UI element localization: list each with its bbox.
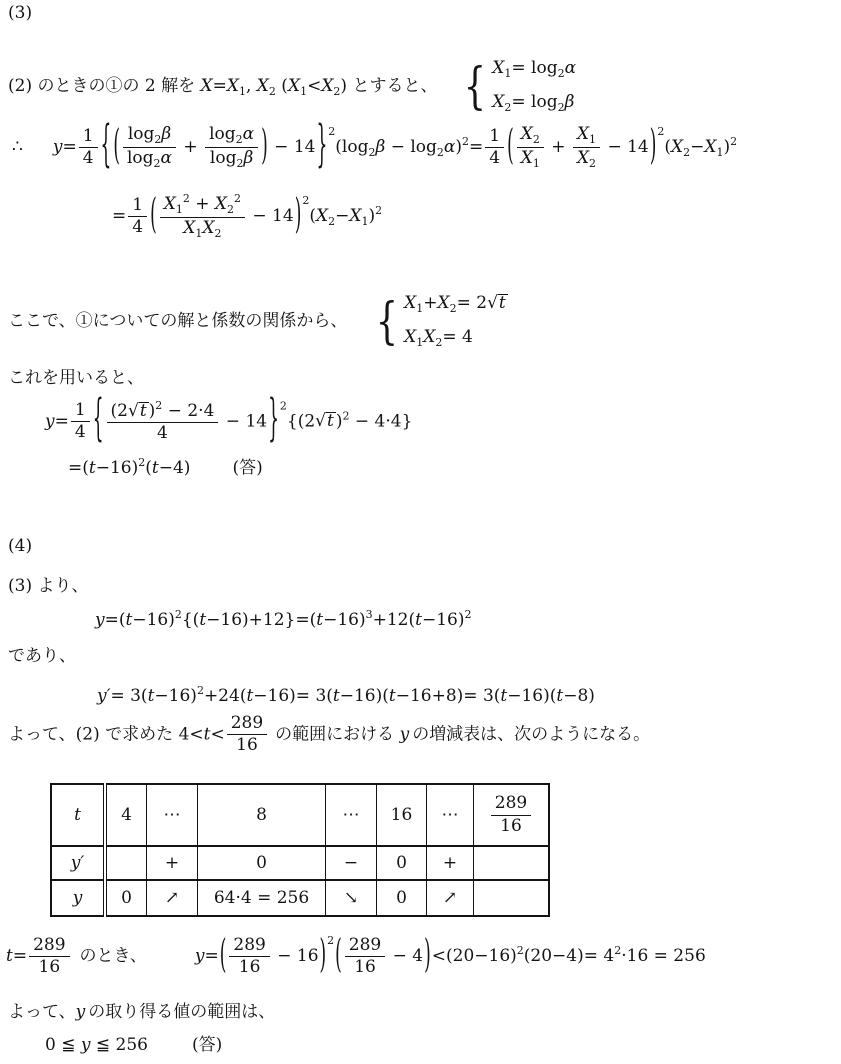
text-run: よって、 <box>8 724 76 744</box>
table-cell: 8 <box>198 784 326 846</box>
eq-y-result: =(t−16)2(t−4)(答) <box>68 456 263 480</box>
fraction: X2X1 <box>517 124 544 171</box>
fraction: 14 <box>128 195 147 239</box>
math-text: − 14 <box>220 411 267 431</box>
math-text: < <box>210 724 224 744</box>
table-cell: 4 <box>105 784 147 846</box>
fraction: X12 + X22X1X2 <box>160 192 245 241</box>
table-cell: 28916 <box>474 784 550 846</box>
big-delimiter: ( <box>506 127 515 168</box>
math-text: − 16 <box>272 946 319 966</box>
math-text: = 2 <box>457 293 487 313</box>
math-text: − 2·4 <box>162 401 214 421</box>
math-variable: X <box>492 92 504 112</box>
math-text: 1 <box>75 400 86 420</box>
subscript: 2 <box>558 101 565 114</box>
line-range-intro: よって、yの取り得る値の範囲は、 <box>8 1001 275 1024</box>
math-variable: X <box>404 327 416 347</box>
math-text: log <box>127 148 154 168</box>
math-text: = 3( <box>110 686 147 706</box>
fraction: 14 <box>485 126 504 170</box>
math-text: 1 <box>489 126 500 146</box>
table-header-cell: y′ <box>51 846 105 880</box>
superscript-high: 2 <box>302 194 309 207</box>
numerator: 1 <box>485 126 504 147</box>
line-setup-roots: (2) のときの①の 2 解を X=X1, X2 (X1<X2) とすると、{X… <box>8 57 576 116</box>
table-cell: 16 <box>377 784 427 846</box>
line-substitute: これを用いると、 <box>8 367 144 390</box>
math-text: − 4·4} <box>350 411 413 431</box>
math-variable: X <box>202 218 214 238</box>
radicand: t <box>326 412 336 431</box>
big-delimiter: { <box>100 123 113 172</box>
math-text: 4 <box>121 805 132 825</box>
denominator: 4 <box>107 422 219 444</box>
superscript: 2 <box>464 608 471 621</box>
math-variable: y <box>53 137 63 157</box>
table-cell: ↗ <box>427 880 474 916</box>
fraction: log2αlog2β <box>205 124 258 171</box>
math-text: − 4 <box>387 946 423 966</box>
math-variable: t <box>415 610 422 630</box>
text-run: の増減表は、次のようになる。 <box>412 724 650 744</box>
denominator: 4 <box>71 421 90 443</box>
math-text: (3) <box>8 576 37 596</box>
math-text: (log <box>335 137 368 157</box>
table-cell <box>105 846 147 880</box>
math-text: 0 <box>396 888 407 908</box>
math-text: − 14 <box>269 137 316 157</box>
math-variable: β <box>375 137 385 157</box>
superscript: 3 <box>366 608 373 621</box>
numerator: 1 <box>128 195 147 216</box>
label-part4: (4) <box>8 535 32 558</box>
math-text: ↗ <box>443 888 457 908</box>
math-variable: y <box>76 1002 86 1022</box>
math-variable: y <box>400 724 410 744</box>
curly-brace-icon: { <box>376 299 398 344</box>
math-text: + <box>443 853 457 873</box>
math-variable: X <box>423 327 435 347</box>
big-delimiter: ( <box>149 196 158 237</box>
text-run: のとき、 <box>80 946 147 966</box>
math-text: =( <box>105 610 126 630</box>
math-variable: β <box>243 148 253 168</box>
sqrt-radical: √t <box>128 401 149 421</box>
math-text: 289 <box>231 713 263 733</box>
big-delimiter: ( <box>219 937 228 976</box>
math-text: −16) <box>323 610 366 630</box>
numerator: 289 <box>491 793 531 814</box>
subscript: 2 <box>437 146 444 159</box>
math-text: 0 <box>396 853 407 873</box>
big-delimiter: ) <box>423 937 432 976</box>
numerator: X12 + X22 <box>160 192 245 217</box>
denominator: X1X2 <box>160 217 245 241</box>
math-text: = <box>55 411 69 431</box>
math-text: 16 <box>391 805 413 825</box>
math-variable: X <box>492 58 504 78</box>
math-variable: X <box>183 218 195 238</box>
math-variable: y <box>95 610 105 630</box>
radical-sign: √ <box>315 411 326 431</box>
table-row: t4⋯8⋯16⋯28916 <box>51 784 549 846</box>
math-text: ∴ <box>12 137 23 157</box>
subscript: 2 <box>533 133 540 146</box>
math-text: 16 <box>354 957 376 977</box>
big-delimiter: ( <box>334 937 343 976</box>
subscript: 2 <box>227 203 234 216</box>
math-text: − <box>690 137 704 157</box>
math-text: −4) <box>159 458 191 478</box>
math-text: 64·4 = 256 <box>214 888 309 908</box>
subscript: 1 <box>176 203 183 216</box>
math-variable: X <box>521 148 533 168</box>
subscript: 2 <box>558 67 565 80</box>
math-text: 289 <box>233 935 265 955</box>
big-delimiter: ) <box>319 937 328 976</box>
math-text: = <box>112 206 126 226</box>
subscript: 2 <box>589 157 596 170</box>
subscript: 1 <box>589 133 596 146</box>
math-variable: X <box>257 76 269 96</box>
text-run: (答) <box>232 458 262 478</box>
superscript: 2 <box>197 684 204 697</box>
math-text: 4 <box>83 148 94 168</box>
math-text: 4 <box>75 422 86 442</box>
math-text: −16)( <box>507 686 556 706</box>
math-text: 4 <box>157 423 168 443</box>
math-text: ⋯ <box>442 805 459 825</box>
subscript: 1 <box>239 85 246 98</box>
math-text: = <box>469 137 483 157</box>
math-text: −16) <box>154 686 197 706</box>
curly-brace-icon: { <box>464 64 486 109</box>
math-variable: X <box>671 137 683 157</box>
math-text: +24( <box>204 686 247 706</box>
table-cell: ⋯ <box>427 784 474 846</box>
fraction: 28916 <box>345 935 385 979</box>
math-variable: t <box>74 805 81 825</box>
superscript-high: 2 <box>657 125 664 138</box>
superscript: 2 <box>730 135 737 148</box>
math-text: −16) <box>422 610 465 630</box>
math-text: 4 <box>132 217 143 237</box>
table-cell <box>474 846 550 880</box>
math-text: <(20−16) <box>432 946 517 966</box>
big-delimiter: ) <box>649 127 658 168</box>
numerator: X1 <box>573 124 600 147</box>
math-variable: X <box>577 148 589 168</box>
math-text: ≦ 256 <box>90 1035 148 1055</box>
text-run: よって、 <box>8 1002 76 1022</box>
denominator: log2α <box>123 147 176 171</box>
radicand: t <box>139 402 149 421</box>
table-cell: 0 <box>377 880 427 916</box>
math-variable: y′ <box>71 853 84 873</box>
math-text: = <box>213 76 227 96</box>
fraction: (2√t)2 − 2·44 <box>107 399 219 445</box>
denominator: 4 <box>485 147 504 169</box>
superscript: 2 <box>517 944 524 957</box>
fraction: X1X2 <box>573 124 600 171</box>
math-variable: α <box>161 148 172 168</box>
eq-final-answer: 0 ≦ y ≦ 256(答) <box>45 1034 222 1057</box>
math-text: (20−4)= 4 <box>524 946 614 966</box>
denominator: 16 <box>229 956 269 978</box>
table-header-cell: y <box>51 880 105 916</box>
fraction: 28916 <box>491 793 531 837</box>
denominator: 16 <box>345 956 385 978</box>
numerator: 289 <box>29 935 69 956</box>
math-text: = <box>62 137 76 157</box>
cases-rows: X1= log2αX2= log2β <box>492 57 576 116</box>
math-text: = log <box>511 58 557 78</box>
line-table-intro: よって、(2) で求めた 4<t<28916の範囲における yの増減表は、次のよ… <box>8 713 650 757</box>
line-deari: であり、 <box>8 645 76 668</box>
numerator: 1 <box>79 126 98 147</box>
math-variable: t <box>140 401 147 421</box>
math-variable: t <box>333 686 340 706</box>
math-text: 1 <box>83 126 94 146</box>
math-text: 4 <box>489 148 500 168</box>
math-text: ) <box>336 411 343 431</box>
sqrt-radical: √t <box>487 293 508 313</box>
math-text: + <box>165 853 179 873</box>
table-cell <box>474 880 550 916</box>
superscript: 2 <box>462 135 469 148</box>
math-variable: t <box>327 411 334 431</box>
text-run: であり、 <box>8 646 76 666</box>
math-variable: X <box>349 206 361 226</box>
math-variable: X <box>201 76 213 96</box>
eq-y-substituted: y=14{(2√t)2 − 2·44 − 14}2{(2√t)2 − 4·4} <box>45 399 412 445</box>
table-cell: ↘ <box>326 880 377 916</box>
math-variable: α <box>243 124 254 144</box>
fraction: 28916 <box>227 713 267 757</box>
eq-y-expansion-2: =14(X12 + X22X1X2 − 14)2(X2−X1)2 <box>112 192 382 241</box>
math-variable: β <box>565 92 575 112</box>
math-variable: t <box>89 458 96 478</box>
math-variable: y <box>45 411 55 431</box>
math-variable: X <box>321 76 333 96</box>
cases-row: X1= log2α <box>492 57 576 82</box>
superscript: 2 <box>175 608 182 621</box>
math-text: −16+8)= 3( <box>396 686 501 706</box>
increase-decrease-table: t4⋯8⋯16⋯28916y′+0−0+y0↗64·4 = 256↘0↗ <box>50 783 550 917</box>
radical-sign: √ <box>487 293 498 313</box>
text-run: の範囲における <box>275 724 399 744</box>
math-variable: X <box>404 293 416 313</box>
math-text: +12( <box>373 610 416 630</box>
radical-sign: √ <box>128 401 139 421</box>
math-text: 8 <box>256 805 267 825</box>
math-variable: α <box>565 58 576 78</box>
eq-y-cubic: y=(t−16)2{(t−16)+12}=(t−16)3+12(t−16)2 <box>95 608 471 632</box>
table-row: y′+0−0+ <box>51 846 549 880</box>
subscript: 2 <box>236 133 243 146</box>
math-variable: α <box>444 137 455 157</box>
math-text: {(2 <box>287 411 315 431</box>
big-delimiter: ( <box>112 127 121 168</box>
math-variable: y′ <box>97 686 110 706</box>
math-text: ⋯ <box>164 805 181 825</box>
math-text: −16) <box>132 610 175 630</box>
table-cell: ↗ <box>147 880 198 916</box>
text-run: で求めた <box>105 724 178 744</box>
subscript: 1 <box>300 85 307 98</box>
math-variable: X <box>577 124 589 144</box>
big-delimiter: { <box>92 397 105 446</box>
math-text: < <box>307 76 321 96</box>
table-row: y0↗64·4 = 256↘0↗ <box>51 880 549 916</box>
fraction: 14 <box>71 400 90 444</box>
math-text: − 14 <box>602 137 649 157</box>
math-text: {( <box>182 610 199 630</box>
math-text: − log <box>385 137 437 157</box>
math-variable: t <box>389 686 396 706</box>
table-cell: + <box>147 846 198 880</box>
math-text: log <box>128 124 155 144</box>
superscript-high: 2 <box>327 934 334 947</box>
math-variable: X <box>164 194 176 214</box>
subscript: 2 <box>214 227 221 240</box>
math-text: , <box>246 76 257 96</box>
big-delimiter: ) <box>260 127 269 168</box>
math-text: 16 <box>239 957 261 977</box>
text-run: の取り得る値の範囲は、 <box>88 1002 275 1022</box>
math-text: ·16 = 256 <box>621 946 706 966</box>
table-header-cell: t <box>51 784 105 846</box>
table-cell: 0 <box>377 846 427 880</box>
denominator: 16 <box>227 734 267 756</box>
math-text: =( <box>68 458 89 478</box>
math-text: 4< <box>179 724 204 744</box>
table-cell: 0 <box>105 880 147 916</box>
math-text: + <box>178 137 203 157</box>
cases-row: X2= log2β <box>492 91 576 116</box>
superscript: 2 <box>234 192 241 205</box>
math-text: (3) <box>8 3 32 23</box>
line-vieta: ここで、①についての解と係数の関係から、{X1+X2= 2√tX1X2= 4 <box>8 292 508 351</box>
math-text: log <box>209 124 236 144</box>
numerator: log2β <box>123 124 176 147</box>
math-variable: X <box>227 76 239 96</box>
text-run: とすると、 <box>352 76 437 96</box>
text-run: のときの①の 2 解を <box>37 76 200 96</box>
numerator: 1 <box>71 400 90 421</box>
superscript: 2 <box>375 204 382 217</box>
math-variable: X <box>288 76 300 96</box>
math-variable: t <box>499 293 506 313</box>
denominator: 4 <box>79 147 98 169</box>
subscript: 2 <box>154 157 161 170</box>
denominator: 4 <box>128 216 147 238</box>
denominator: 16 <box>29 956 69 978</box>
math-text: 0 <box>256 853 267 873</box>
math-text: − <box>335 206 349 226</box>
numerator: 289 <box>229 935 269 956</box>
superscript-high: 2 <box>328 125 335 138</box>
math-text: −16)( <box>340 686 389 706</box>
table-cell: + <box>427 846 474 880</box>
math-text: ⋯ <box>343 805 360 825</box>
subscript: 2 <box>450 302 457 315</box>
math-text: ( <box>145 458 152 478</box>
math-text: 289 <box>495 793 527 813</box>
math-text: 289 <box>349 935 381 955</box>
eq-y-expansion-1: ∴y=14{(log2βlog2α + log2αlog2β) − 14}2(l… <box>12 124 737 171</box>
math-text: = log <box>511 92 557 112</box>
denominator: log2β <box>205 147 258 171</box>
denominator: 16 <box>491 815 531 837</box>
numerator: 289 <box>345 935 385 956</box>
big-delimiter: } <box>315 123 328 172</box>
fraction: log2βlog2α <box>123 124 176 171</box>
math-variable: X <box>438 293 450 313</box>
math-text: = <box>204 946 218 966</box>
math-text: (2) <box>8 76 37 96</box>
numerator: 289 <box>227 713 267 734</box>
denominator: X1 <box>517 147 544 171</box>
math-text: ( <box>276 76 288 96</box>
radicand: t <box>498 294 508 313</box>
math-text: + <box>423 293 437 313</box>
math-text: −16)+12}=( <box>206 610 316 630</box>
cases-row: X1X2= 4 <box>404 326 508 351</box>
fraction: 14 <box>79 126 98 170</box>
math-text: (2) <box>76 724 105 744</box>
denominator: X2 <box>573 147 600 171</box>
cases-rows: X1+X2= 2√tX1X2= 4 <box>404 292 508 351</box>
table-cell: 0 <box>198 846 326 880</box>
fraction: 28916 <box>229 935 269 979</box>
table-cell: 64·4 = 256 <box>198 880 326 916</box>
math-text: 16 <box>500 816 522 836</box>
math-text: −16) <box>96 458 139 478</box>
math-text: (2 <box>111 401 128 421</box>
math-text: + <box>546 137 571 157</box>
table-cell: − <box>326 846 377 880</box>
math-text: − <box>344 853 358 873</box>
text-run: これを用いると、 <box>8 368 144 388</box>
math-text: 16 <box>39 957 61 977</box>
superscript: 2 <box>343 409 350 422</box>
cases-system: {X1+X2= 2√tX1X2= 4 <box>371 292 507 351</box>
math-text: log <box>210 148 237 168</box>
math-text: = <box>13 946 27 966</box>
math-variable: X <box>704 137 716 157</box>
math-text: 0 <box>121 888 132 908</box>
math-text: 289 <box>33 935 65 955</box>
math-variable: y <box>73 888 83 908</box>
cases-row: X1+X2= 2√t <box>404 292 508 317</box>
math-text: + <box>190 194 215 214</box>
text-run: ここで、①についての解と係数の関係から、 <box>8 311 347 331</box>
subscript: 1 <box>533 157 540 170</box>
math-text: = 4 <box>442 327 472 347</box>
text-run: (答) <box>192 1035 222 1055</box>
math-variable: X <box>215 194 227 214</box>
math-text: −16)= 3( <box>253 686 333 706</box>
big-delimiter: ) <box>294 196 303 237</box>
math-variable: t <box>6 946 13 966</box>
sqrt-radical: √t <box>315 411 336 431</box>
superscript-high: 2 <box>280 399 287 412</box>
eq-y-derivative: y′= 3(t−16)2+24(t−16)= 3(t−16)(t−16+8)= … <box>97 684 595 708</box>
math-solution-page: (3)(2) のときの①の 2 解を X=X1, X2 (X1<X2) とすると… <box>0 0 841 1064</box>
math-text: ) <box>340 76 352 96</box>
